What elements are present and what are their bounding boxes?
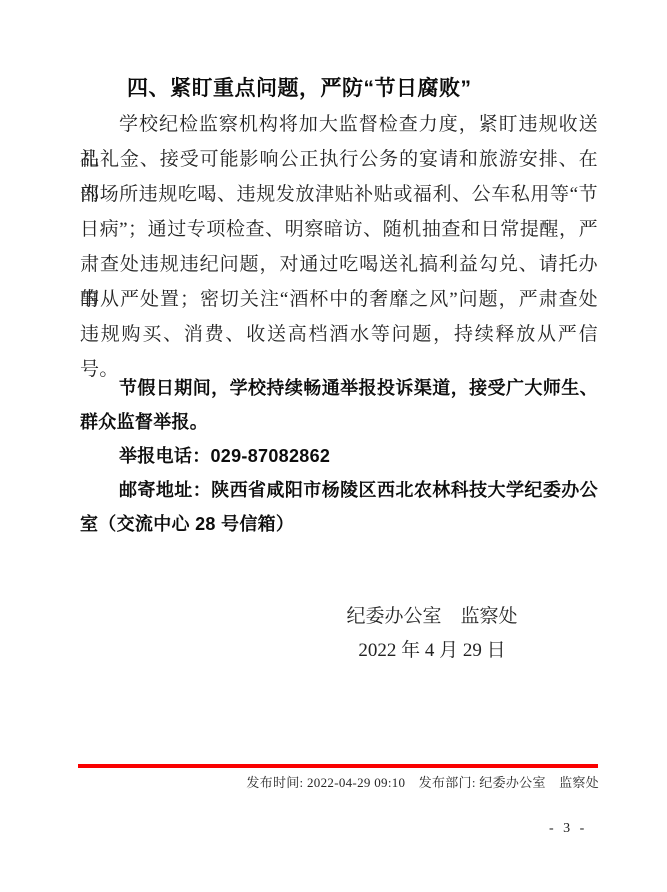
mailing-address-line: 室（交流中心 28 号信箱）	[80, 507, 598, 541]
report-phone-line: 举报电话：029-87082862	[80, 439, 598, 473]
paragraph-line: 肃查处违规违纪问题，对通过吃喝送礼搞利益勾兑、请托办事	[80, 247, 598, 282]
bold-paragraph-reporting: 节假日期间，学校持续畅通举报投诉渠道，接受广大师生、 群众监督举报。 举报电话：…	[80, 371, 598, 541]
signature-block: 纪委办公室 监察处 2022 年 4 月 29 日	[338, 600, 526, 668]
paragraph-line: 违规购买、消费、收送高档酒水等问题，持续释放从严信号。	[80, 317, 598, 352]
paragraph-line: 部场所违规吃喝、违规发放津贴补贴或福利、公车私用等“节	[80, 177, 598, 212]
section-heading: 四、紧盯重点问题，严防“节日腐败”	[80, 75, 598, 103]
page-number: - 3 -	[549, 820, 587, 838]
paragraph-line: 品礼金、接受可能影响公正执行公务的宴请和旅游安排、在内	[80, 142, 598, 177]
paragraph-line: 节假日期间，学校持续畅通举报投诉渠道，接受广大师生、	[80, 371, 598, 405]
paragraph-line: 日病”；通过专项检查、明察暗访、随机抽查和日常提醒，严	[80, 212, 598, 247]
paragraph-line: 的从严处置；密切关注“酒杯中的奢靡之风”问题，严肃查处	[80, 282, 598, 317]
signature-date: 2022 年 4 月 29 日	[338, 634, 526, 668]
red-divider-rule	[78, 764, 598, 768]
paragraph-line: 学校纪检监察机构将加大监督检查力度，紧盯违规收送礼	[80, 107, 598, 142]
document-page: 四、紧盯重点问题，严防“节日腐败” 学校纪检监察机构将加大监督检查力度，紧盯违规…	[0, 0, 667, 892]
body-paragraph-supervision: 学校纪检监察机构将加大监督检查力度，紧盯违规收送礼 品礼金、接受可能影响公正执行…	[80, 107, 598, 352]
publish-info: 发布时间: 2022-04-29 09:10 发布部门: 纪委办公室 监察处	[246, 774, 599, 792]
signature-department: 纪委办公室 监察处	[338, 600, 526, 634]
paragraph-line: 群众监督举报。	[80, 405, 598, 439]
mailing-address-line: 邮寄地址：陕西省咸阳市杨陵区西北农林科技大学纪委办公	[80, 473, 598, 507]
